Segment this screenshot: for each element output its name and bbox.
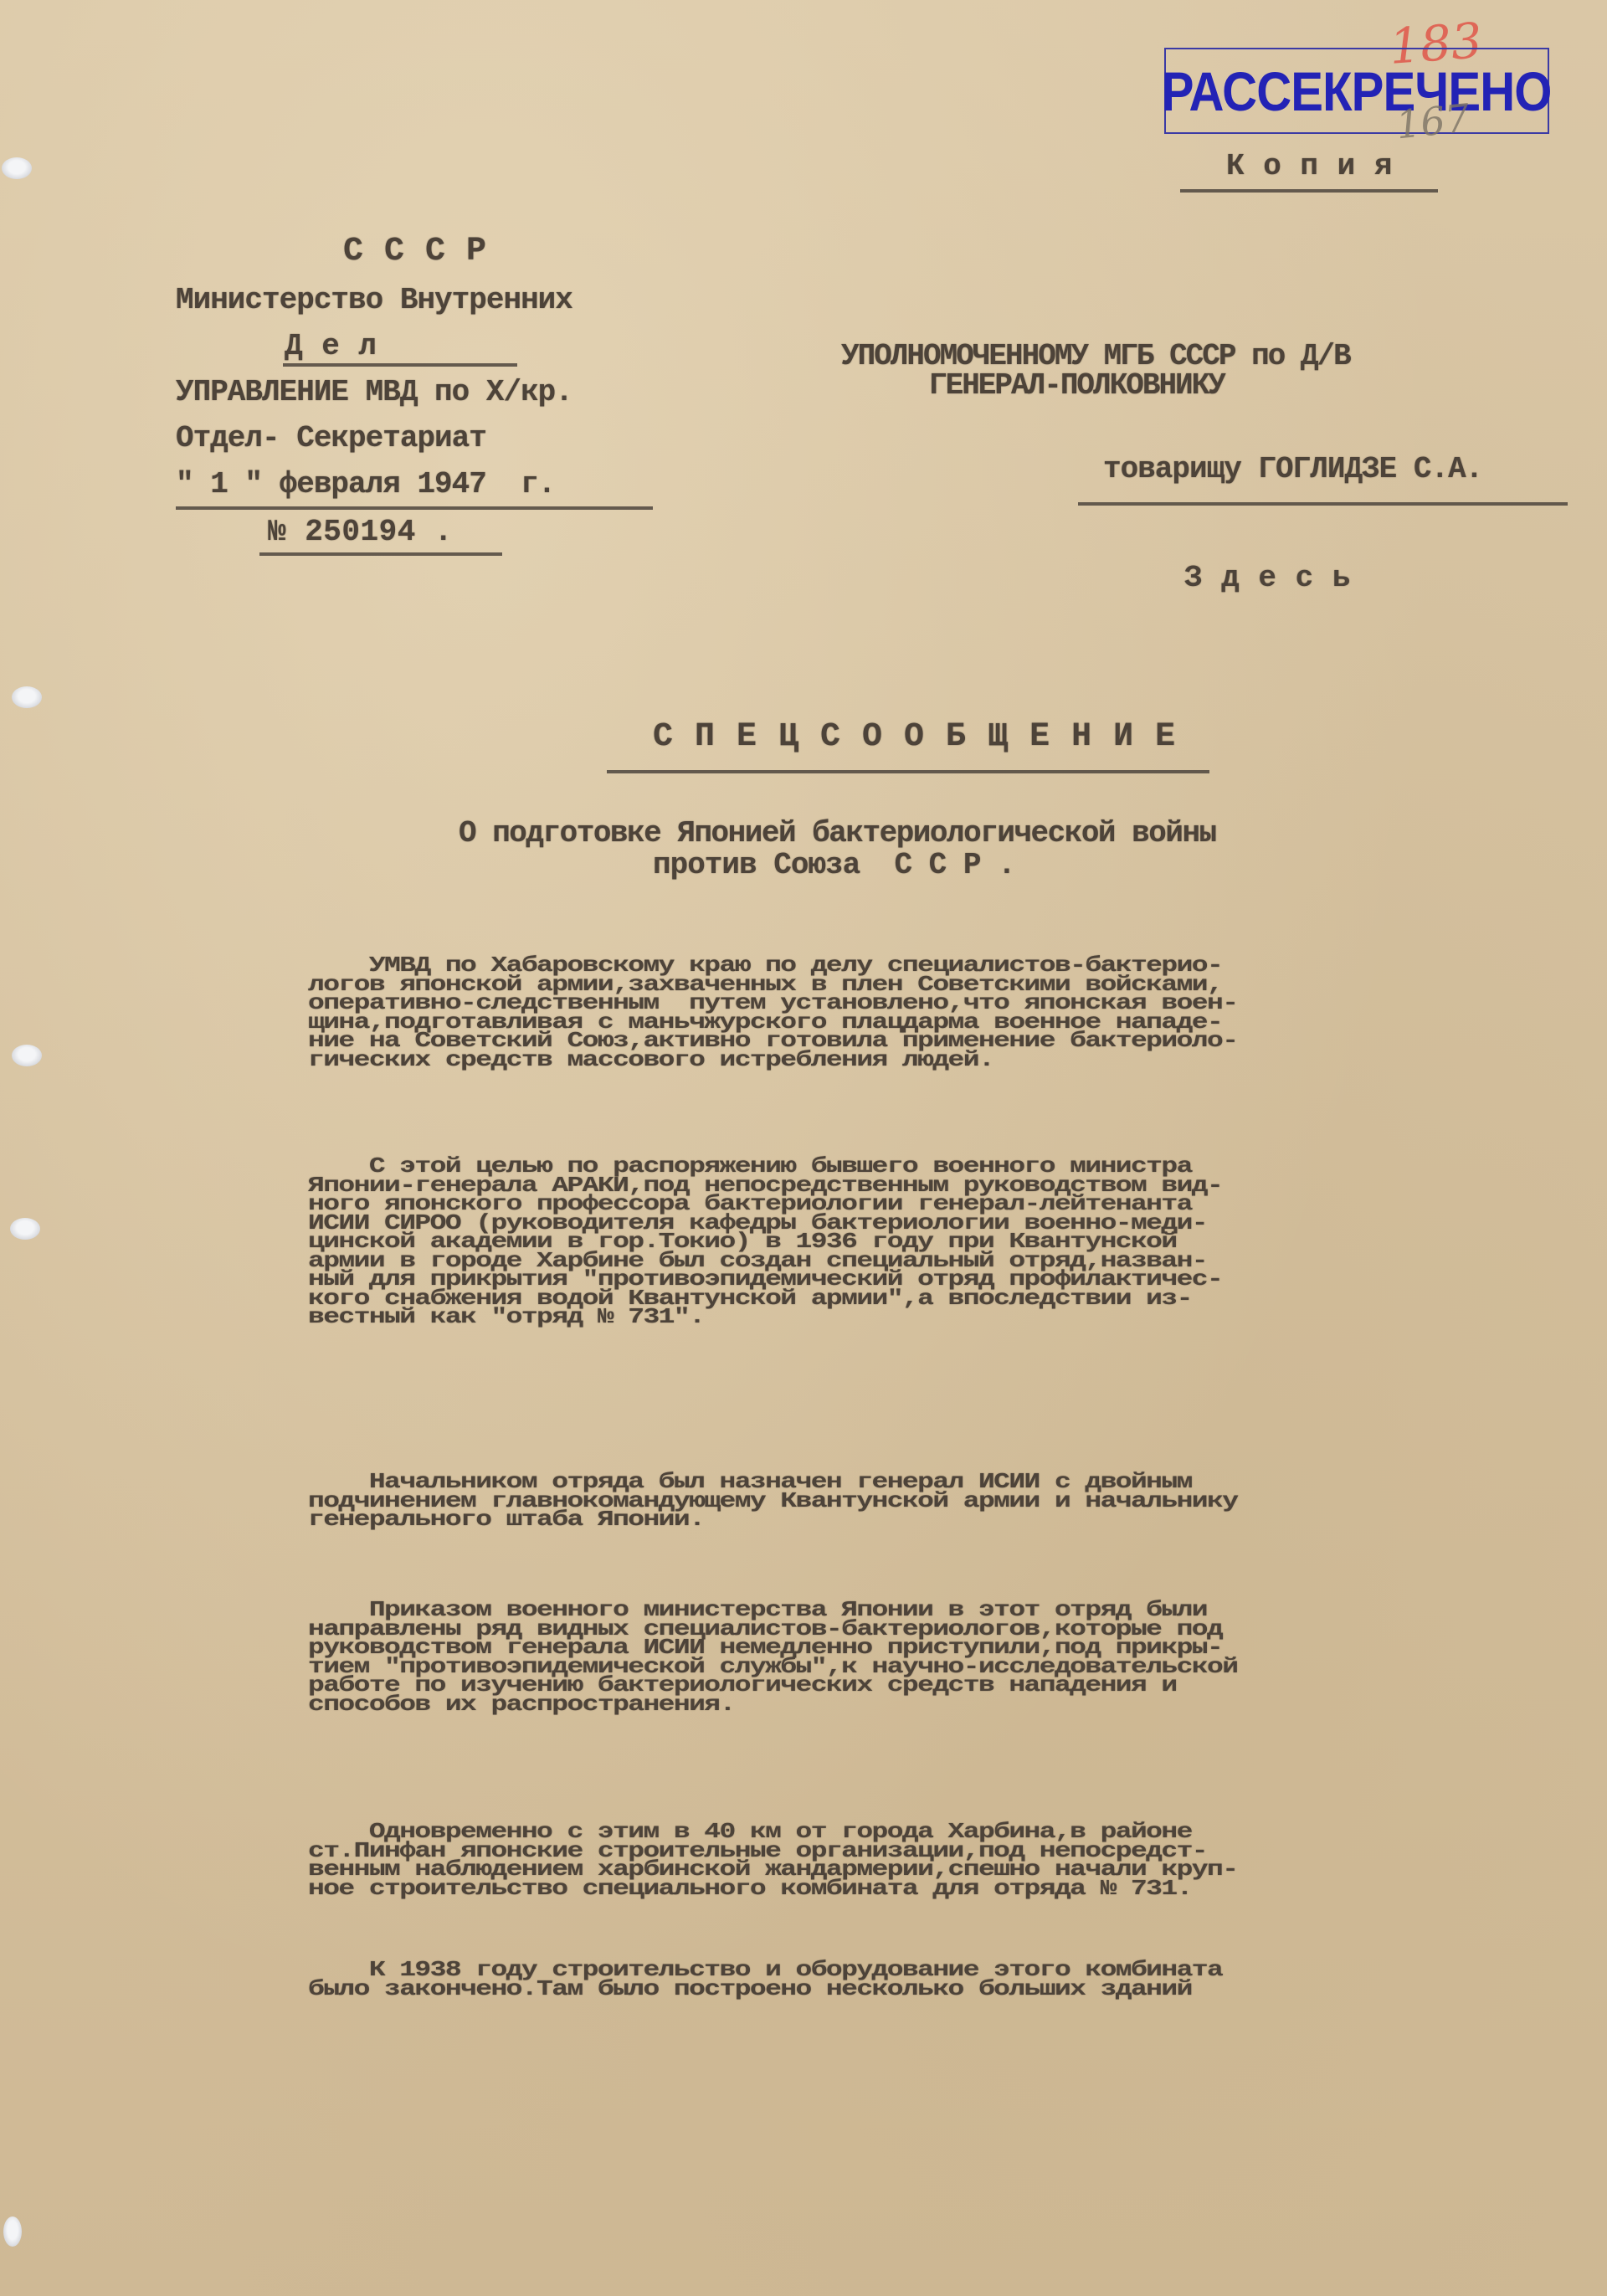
recipient-name: товарищу ГОГЛИДЗЕ С.А. — [1103, 452, 1482, 486]
paragraph-line: направлены ряд видных специалистов-бакте… — [308, 1622, 1222, 1636]
handwritten-page-number-gray: 167 — [1394, 95, 1471, 148]
paragraph-line: гических средств массового истребления л… — [308, 1053, 993, 1067]
date-underline — [176, 506, 653, 510]
copy-mark-underline — [1180, 189, 1438, 193]
recipient-location: З д е с ь — [1184, 561, 1351, 595]
paragraph-line: ст.Пинфан японские строительные организа… — [308, 1844, 1207, 1858]
paragraph-line: К 1938 году строительство и оборудование… — [308, 1963, 1222, 1977]
paragraph-line: ние на Советский Союз,активно готовила п… — [308, 1034, 1237, 1048]
letter-number: № 250194 . — [268, 515, 453, 549]
paragraph-line: Японии-генерала АРАКИ,под непосредственн… — [308, 1179, 1222, 1193]
paragraph-line: подчинением главнокомандующему Квантунск… — [308, 1494, 1237, 1508]
paragraph-line: руководством генерала ИСИИ немедленно пр… — [308, 1641, 1222, 1655]
paragraph-line: С этой целью по распоряжению бывшего вое… — [308, 1159, 1192, 1174]
paragraph-line: было закончено.Там было построено нескол… — [308, 1982, 1192, 1996]
paragraph-line: вестный как "отряд № 731". — [308, 1310, 704, 1324]
paragraph-line: способов их распространения. — [308, 1698, 735, 1712]
sender-department: УПРАВЛЕНИЕ МВД по Х/кр. — [176, 375, 572, 409]
paragraph-line: Одновременно с этим в 40 км от города Ха… — [308, 1825, 1192, 1839]
paragraph-line: цинской академии в гор.Токио) в 1936 год… — [308, 1235, 1177, 1249]
sender-country: С С С Р — [343, 233, 487, 270]
punch-hole — [12, 1045, 42, 1066]
punch-hole — [2, 157, 32, 179]
paragraph-line: оперативно-следственным путем установлен… — [308, 996, 1237, 1010]
paragraph-line: УМВД по Хабаровскому краю по делу специа… — [308, 958, 1222, 973]
heading-underline — [607, 770, 1209, 773]
document-page: 183 РАССЕКРЕЧЕНО 167 К о п и я С С С Р М… — [0, 0, 1607, 2296]
recipient-rank: ГЕНЕРАЛ-ПОЛКОВНИКУ — [929, 368, 1225, 403]
paragraph-line: ИСИИ СИРОО (руководителя кафедры бактери… — [308, 1216, 1207, 1230]
letter-date: " 1 " февраля 1947 г. — [176, 467, 555, 501]
paragraph-line: кого снабжения водой Квантунской армии",… — [308, 1292, 1192, 1306]
subject-line-2: против Союза С С Р . — [653, 848, 1015, 882]
ministry-underline — [283, 363, 517, 367]
paragraph-line: генерального штаба Японии. — [308, 1513, 704, 1527]
paragraph-line: логов японской армии,захваченных в плен … — [308, 978, 1222, 992]
declassified-stamp: РАССЕКРЕЧЕНО — [1164, 48, 1549, 134]
paragraph-line: ное строительство специального комбината… — [308, 1882, 1192, 1896]
paragraph-line: работе по изучению бактериологических ср… — [308, 1678, 1177, 1692]
paragraph-line: армии в городе Харбине был создан специа… — [308, 1254, 1207, 1268]
paragraph-line: Приказом военного министерства Японии в … — [308, 1603, 1207, 1617]
paragraph-line: Начальником отряда был назначен генерал … — [308, 1475, 1192, 1489]
number-underline — [259, 552, 502, 556]
punch-hole — [3, 2216, 22, 2247]
recipient-underline — [1078, 502, 1568, 506]
copy-mark: К о п и я — [1226, 149, 1393, 183]
paragraph-line: щина,подготавливая с маньчжурского плацд… — [308, 1015, 1222, 1030]
subject-line-1: О подготовке Японией бактериологической … — [459, 816, 1216, 850]
punch-hole — [10, 1218, 40, 1240]
document-type-heading: С П Е Ц С О О Б Щ Е Н И Е — [653, 718, 1176, 756]
paragraph-line: ного японского профессора бактериологии … — [308, 1197, 1192, 1211]
punch-hole — [12, 686, 42, 708]
sender-ministry-cont: Д е л — [285, 329, 377, 363]
stamp-label: РАССЕКРЕЧЕНО — [1162, 59, 1552, 123]
paragraph-line: тием "противоэпидемической службы",к нау… — [308, 1660, 1237, 1674]
sender-section: Отдел- Секретариат — [176, 421, 486, 455]
paragraph-line: венным наблюдением харбинской жандармери… — [308, 1862, 1237, 1877]
paragraph-line: ный для прикрытия "противоэпидемический … — [308, 1272, 1222, 1287]
sender-ministry: Министерство Внутренних — [176, 283, 572, 317]
